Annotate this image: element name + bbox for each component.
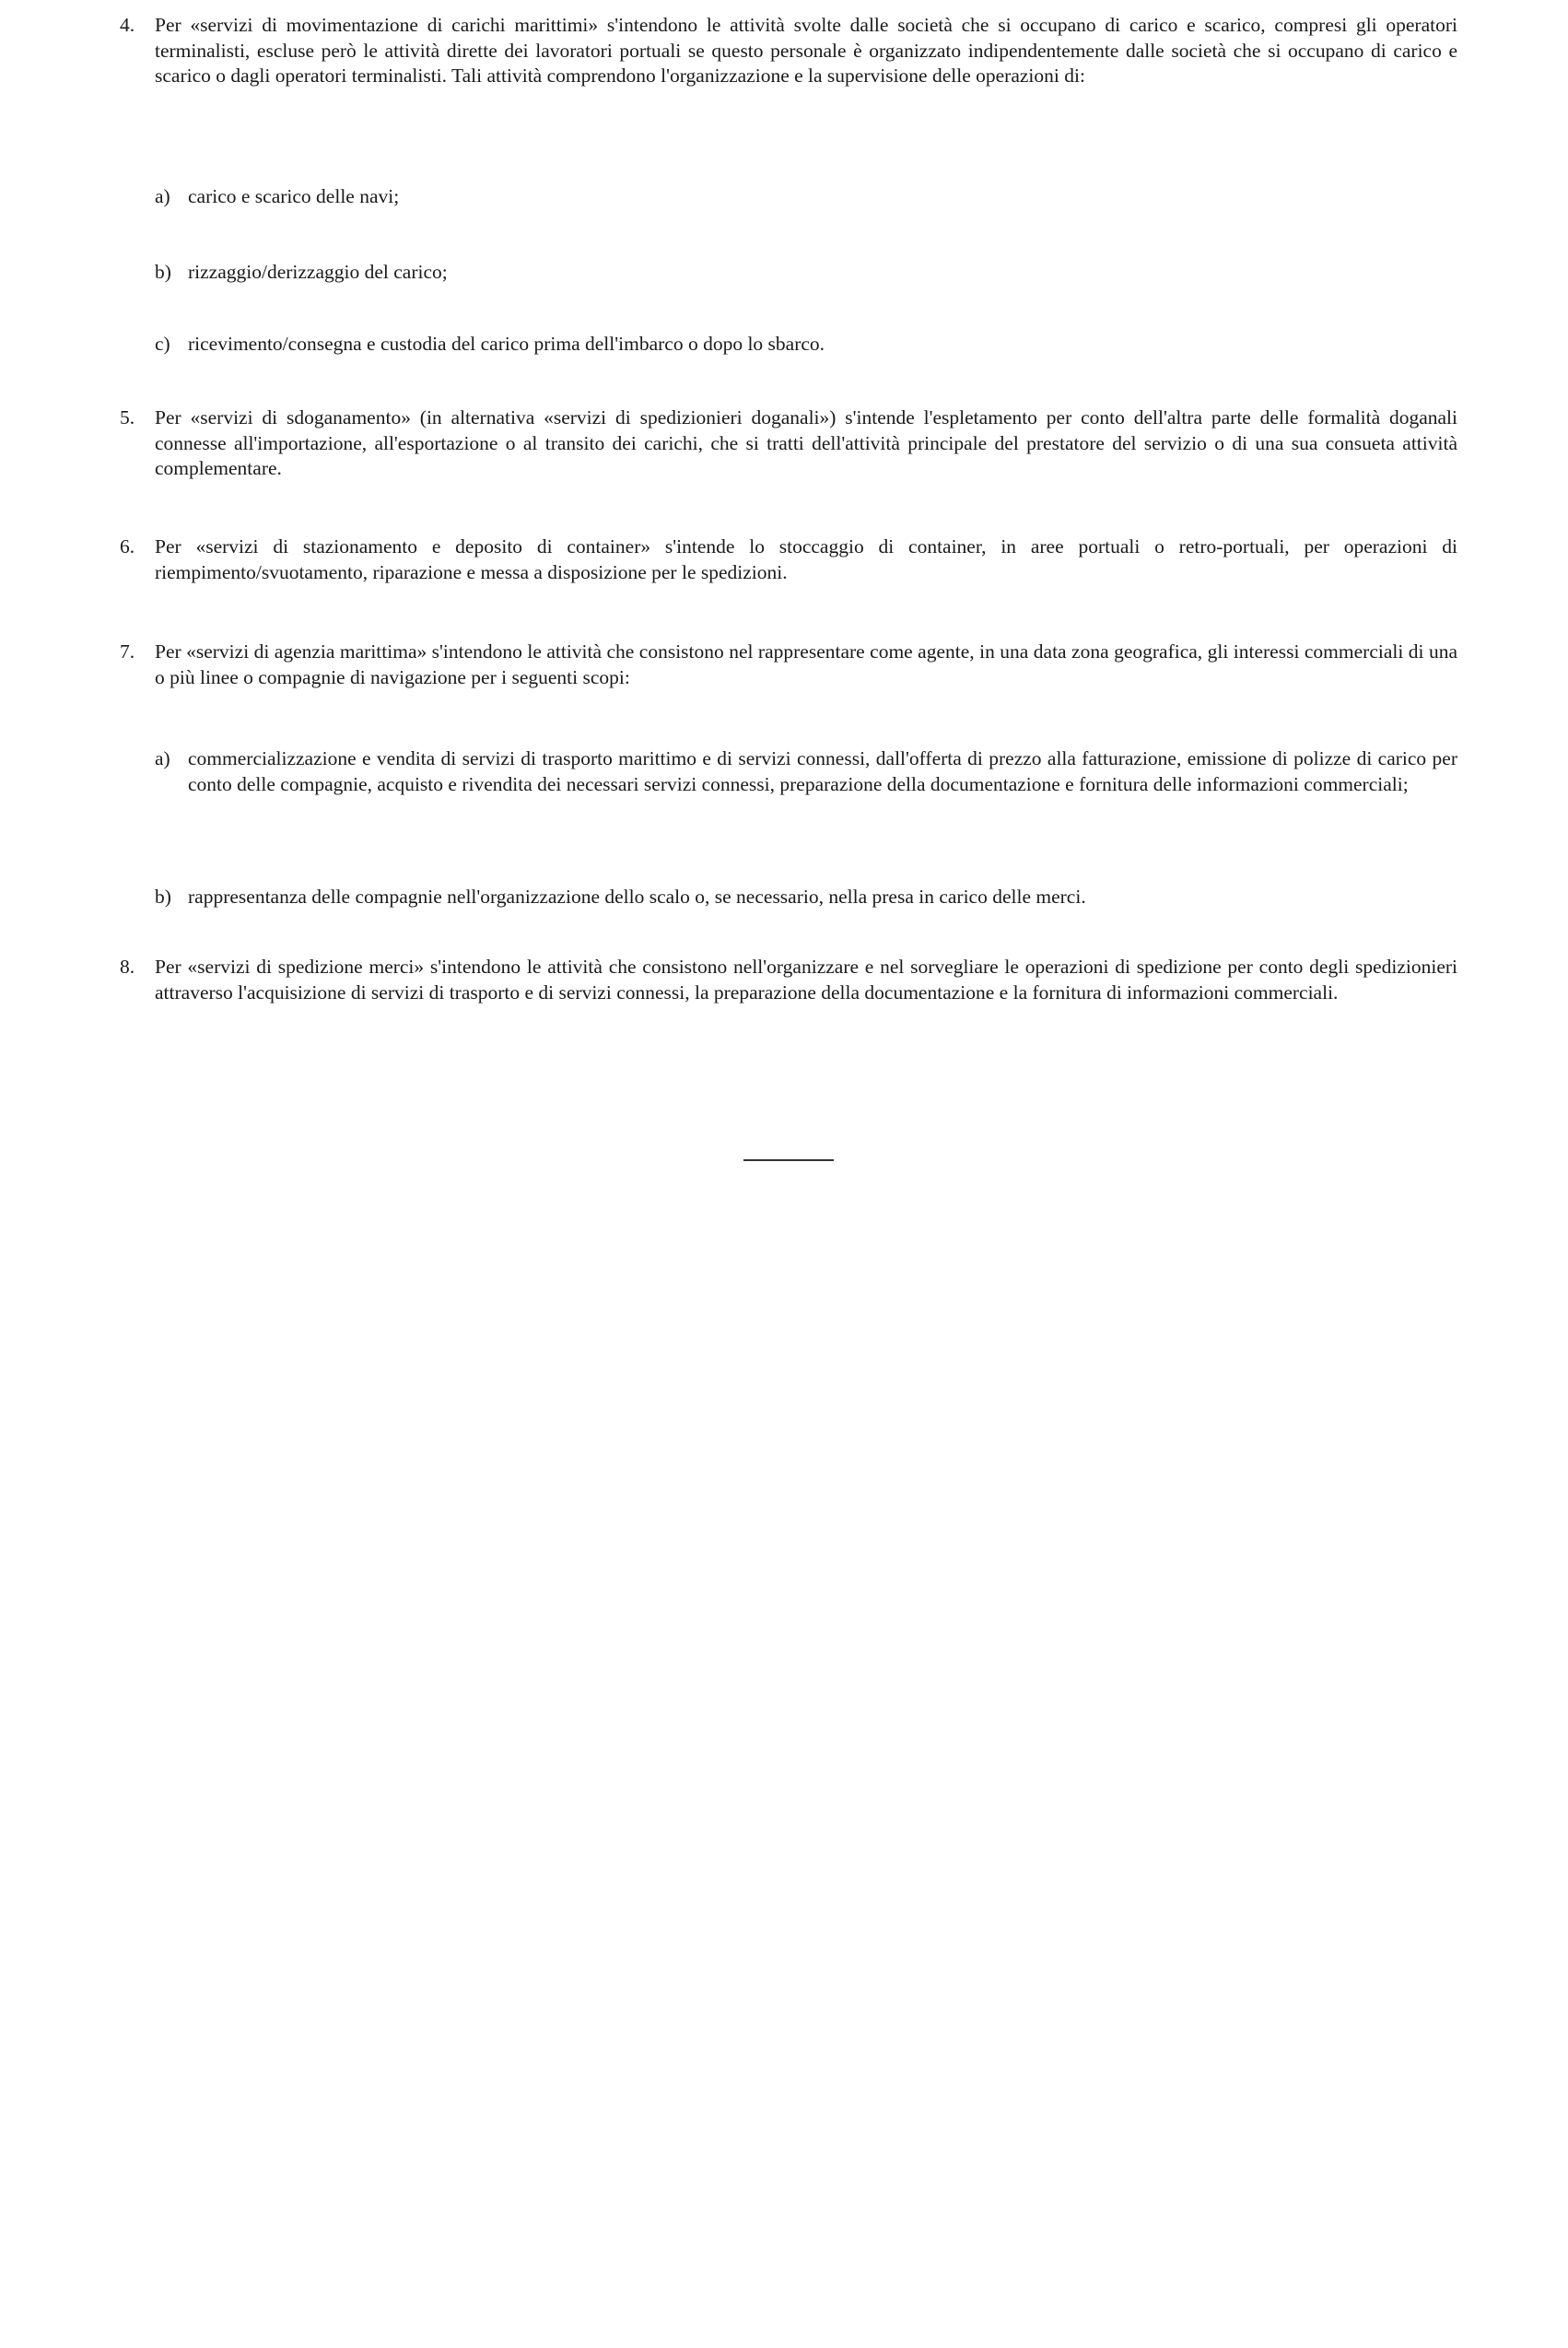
paragraph-8: 8. Per «servizi di spedizione merci» s'i… bbox=[120, 955, 1457, 1005]
paragraph-4: 4. Per «servizi di movimentazione di car… bbox=[120, 13, 1457, 89]
list-item-4a: a) carico e scarico delle navi; bbox=[155, 184, 1457, 210]
paragraph-5: 5. Per «servizi di sdoganamento» (in alt… bbox=[120, 405, 1457, 482]
item-text: commercializzazione e vendita di servizi… bbox=[188, 746, 1457, 797]
paragraph-7: 7. Per «servizi di agenzia marittima» s'… bbox=[120, 640, 1457, 690]
paragraph-number: 8. bbox=[120, 955, 135, 980]
item-label: c) bbox=[155, 332, 170, 358]
paragraph-text: Per «servizi di spedizione merci» s'inte… bbox=[155, 955, 1457, 1005]
paragraph-number: 6. bbox=[120, 534, 135, 560]
item-label: b) bbox=[155, 260, 171, 286]
paragraph-number: 4. bbox=[120, 13, 135, 39]
paragraph-text: Per «servizi di sdoganamento» (in altern… bbox=[155, 405, 1457, 482]
paragraph-text: Per «servizi di movimentazione di carich… bbox=[155, 13, 1457, 89]
end-separator-rule bbox=[743, 1159, 834, 1161]
paragraph-number: 7. bbox=[120, 640, 135, 665]
item-label: a) bbox=[155, 746, 170, 772]
list-item-4c: c) ricevimento/consegna e custodia del c… bbox=[155, 332, 1457, 358]
item-text: rizzaggio/derizzaggio del carico; bbox=[188, 260, 1457, 286]
item-text: rappresentanza delle compagnie nell'orga… bbox=[188, 885, 1457, 910]
list-item-4b: b) rizzaggio/derizzaggio del carico; bbox=[155, 260, 1457, 286]
paragraph-number: 5. bbox=[120, 405, 135, 431]
item-label: b) bbox=[155, 885, 171, 910]
item-text: carico e scarico delle navi; bbox=[188, 184, 1457, 210]
list-item-7b: b) rappresentanza delle compagnie nell'o… bbox=[155, 885, 1457, 910]
paragraph-text: Per «servizi di agenzia marittima» s'int… bbox=[155, 640, 1457, 690]
list-item-7a: a) commercializzazione e vendita di serv… bbox=[155, 746, 1457, 797]
item-text: ricevimento/consegna e custodia del cari… bbox=[188, 332, 1457, 358]
paragraph-text: Per «servizi di stazionamento e deposito… bbox=[155, 534, 1457, 585]
item-label: a) bbox=[155, 184, 170, 210]
paragraph-6: 6. Per «servizi di stazionamento e depos… bbox=[120, 534, 1457, 585]
